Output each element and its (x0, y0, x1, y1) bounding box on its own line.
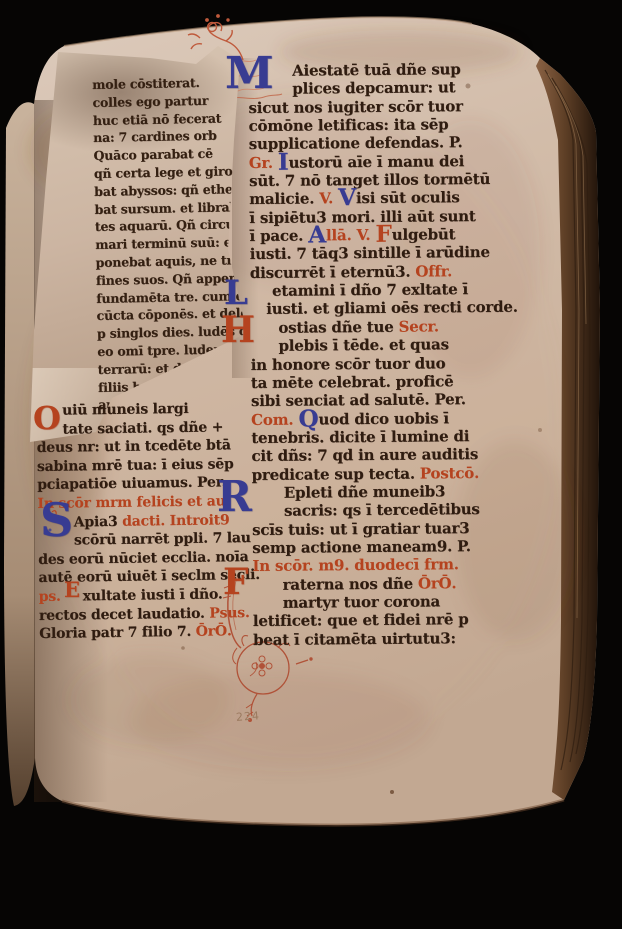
text-segment: Epleti dñe muneib3 (284, 482, 446, 501)
illuminated-initial-H: H (221, 314, 255, 346)
text-segment: Psus. (209, 605, 250, 622)
text-segment: sicut nos iugiter scōr tuor (248, 97, 463, 117)
text-segment: F (375, 221, 392, 248)
text-segment: beat ī citamēta uirtutu3: (253, 629, 456, 649)
text-segment: Apia3 (74, 513, 123, 530)
text-segment: na: 7 cardines orb (93, 128, 217, 145)
text-segment: iusti. et gliami oēs recti corde. (266, 298, 518, 318)
text-segment: cōmōne letificas: ita sēp (248, 115, 448, 135)
text-segment: ī sipiētu3 mori. illi aūt sunt (249, 207, 475, 227)
text-segment: Postcō. (420, 464, 479, 483)
text-segment: uod dico uobis ī (318, 409, 449, 428)
text-line: iusti. et gliami oēs recti corde. (250, 298, 540, 319)
text-segment: predicate sup tecta. (252, 464, 420, 483)
text-segment: bat abyssos: qñ ethe (94, 181, 233, 199)
illuminated-initial-R: R (217, 478, 252, 516)
text-segment: Gloria patr 7 filio 7. (39, 624, 196, 642)
text-segment: in honore scōr tuor duo (251, 354, 446, 374)
text-segment: xultate iusti ī dño. (83, 586, 223, 604)
text-segment: A (308, 221, 326, 248)
text-segment: sibi senciat ad salutē. Per. (251, 390, 466, 410)
illuminated-initial-F: F (223, 566, 249, 598)
text-segment: plices depcamur: ut (292, 79, 455, 98)
text-segment: Q (298, 405, 318, 432)
text-segment: Offr. (415, 262, 452, 280)
text-segment: ostias dñe tue (278, 318, 398, 337)
text-segment: isi sūt oculis (356, 189, 460, 208)
text-segment: iusti. 7 tāq3 sintille ī arūdine (250, 243, 490, 263)
text-segment: uiū muneis largi (62, 401, 189, 419)
text-segment: malicie. (249, 190, 319, 209)
text-segment: deus nr: ut in tcedēte btā (37, 437, 231, 456)
text-segment: bat sursum. et librabā (94, 199, 245, 217)
text-segment: Aiestatē tuā dñe sup (292, 60, 461, 79)
text-segment: letificet: que et fidei nrē p (253, 610, 469, 630)
text-segment: ulgebūt (392, 225, 456, 244)
illuminated-initial-O: O (33, 404, 61, 433)
text-segment: tenebris. dicite ī lumine di (251, 427, 469, 447)
text-segment: tate saciati. qs dñe + (62, 419, 223, 437)
text-segment: huc etiā nō fecerat (93, 110, 222, 127)
manuscript-photo: mole cōstiterat.colles ego parturhuc eti… (0, 0, 622, 929)
text-line: beat ī citamēta uirtutu3: (253, 628, 543, 649)
text-segment: etamini ī dño 7 exltate ī (272, 280, 468, 300)
text-segment: semp actione maneam9. P. (252, 537, 471, 557)
text-segment: ps. (39, 589, 61, 605)
text-segment: des eorū nūciet ecclia. noīa (38, 549, 248, 568)
text-segment: pciapatiōe uiuamus. Per. (37, 475, 226, 494)
text-segment: plebis ī tēde. et quas (278, 335, 448, 354)
text-segment: scīs tuis: ut ī gratiar tuar3 (252, 519, 469, 539)
text-segment: sabina mrē tua: ī eius sēp (37, 456, 234, 475)
illuminated-initial-M: M (225, 54, 274, 94)
right-text-column: Aiestatē tuā dñe supplices depcamur: uts… (248, 59, 543, 649)
illuminated-initial-S: S (40, 500, 73, 541)
text-segment: dacti. Introit9 (122, 512, 230, 529)
text-segment: Gr. (249, 153, 278, 171)
text-segment: cit dñs: 7 qd in aure auditis (251, 445, 478, 465)
text-segment: colles ego partur (92, 93, 208, 110)
text-segment: ponebat aquis, ne trāsi (95, 252, 252, 270)
text-segment: llā. V. (326, 226, 376, 244)
facing-page-edge (4, 102, 35, 806)
text-segment: V (338, 184, 356, 211)
text-segment: martyr tuor corona (283, 592, 440, 611)
text-segment: tes aquarū. Qñ circuit (95, 216, 245, 234)
text-segment: qñ certa lege et giro (94, 163, 233, 181)
text-segment: Quāco parabat cē (93, 146, 213, 163)
folio-number: 224 (236, 709, 261, 724)
text-segment: rectos decet laudatio. (39, 605, 210, 623)
text-segment: V. (319, 190, 338, 208)
text-segment: discurrēt ī eternū3. (250, 262, 416, 281)
text-segment: ta mēte celebrat. proficē (251, 372, 454, 392)
text-segment: ŌrŌ. (196, 623, 232, 639)
illuminated-initial-E: E (64, 581, 80, 600)
text-segment: ŌrŌ. (418, 574, 457, 592)
text-segment: Secr. (398, 317, 438, 335)
text-segment: In scōr. m9. duodecī frm. (252, 555, 459, 575)
text-segment: mole cōstiterat. (92, 75, 200, 92)
text-segment: Com. (251, 410, 298, 428)
text-segment: raterna nos dñe (282, 574, 418, 593)
text-segment: I (278, 148, 289, 175)
text-segment: ī pace. (249, 227, 308, 246)
illuminated-initial-L: L (224, 278, 248, 309)
text-line: Gloria patr 7 filio 7. ŌrŌ. (39, 622, 251, 644)
text-segment: scōrū narrēt ppli. 7 lau (74, 530, 251, 548)
text-segment: sacris: qs ī tercedētibus (284, 500, 480, 520)
text-segment: ustorū aīe ī manu dei (288, 152, 464, 172)
